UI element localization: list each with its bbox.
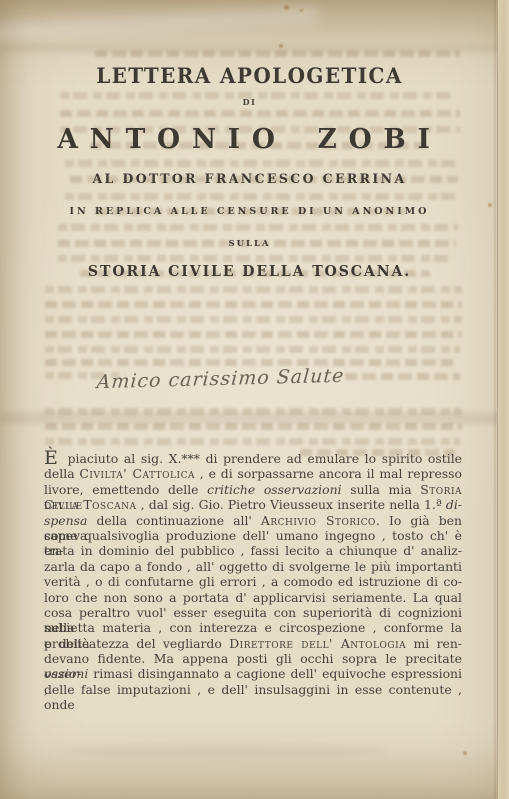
initial-letter: È: [44, 447, 66, 469]
ghost-text-line: [65, 193, 460, 200]
handwritten-salutation: Amico carissimo Salute: [19, 363, 422, 396]
body-line: zarla da capo a fondo , all' oggetto di …: [44, 559, 462, 574]
book-page-scan: LETTERA APOLOGETICA DI ANTONIO ZOBI AL D…: [0, 0, 509, 799]
ghost-text-line: [45, 331, 462, 338]
body-line: come qualsivoglia produzione dell' umano…: [44, 528, 462, 543]
body-line: trata in dominio del pubblico , fassi le…: [44, 543, 462, 558]
body-line: spensa della continuazione all' Archivio…: [44, 513, 462, 528]
foxing-spot: [279, 44, 283, 48]
body-line: loro che non sono a portata d' applicarv…: [44, 590, 462, 605]
ghost-text-line: [65, 160, 460, 167]
ghost-text-line: [60, 110, 460, 117]
body-line: cosa peraltro vuol' esser eseguita con s…: [44, 605, 462, 620]
ghost-text-line: [45, 408, 462, 415]
foxing-spot: [284, 5, 289, 10]
work-title: STORIA CIVILE DELLA TOSCANA.: [34, 262, 465, 280]
body-line: della Civilta' Cattolica , e di sorpassa…: [44, 466, 462, 481]
ghost-text-line: [45, 346, 460, 353]
body-line: vazioni rimasi disingannato a cagione de…: [44, 666, 462, 681]
sulla-label: SULLA: [20, 239, 479, 249]
ghost-text-line: [45, 438, 460, 445]
page-edge-line: [494, 0, 496, 799]
di-label: DI: [20, 97, 479, 107]
body-line: È piaciuto al sig. X.*** di prendere ad …: [44, 451, 462, 466]
ghost-text-line: [45, 301, 462, 308]
ghost-text-line: [45, 316, 462, 323]
body-line: devano fidente. Ma appena posti gli occh…: [44, 651, 462, 666]
body-line: subietta materia , con interezza e circo…: [44, 620, 462, 635]
foxing-spot: [463, 751, 467, 755]
dedication-line: AL DOTTOR FRANCESCO CERRINA: [29, 172, 470, 187]
ghost-text-line: [95, 50, 460, 57]
body-line: verità , o di confutarne gli errori , a …: [44, 574, 462, 589]
body-line: e delicatezza del vegliardo Direttore de…: [44, 636, 462, 651]
body-line: livore, emettendo delle critiche osserva…: [44, 482, 462, 497]
crease-line: [60, 746, 390, 756]
body-text: È piaciuto al sig. X.*** di prendere ad …: [44, 451, 462, 697]
ghost-text-line: [58, 224, 458, 231]
foxing-spot: [300, 9, 303, 12]
foxing-spot: [488, 203, 492, 207]
ghost-text-line: [58, 255, 454, 262]
ghost-text-line: [45, 423, 462, 430]
body-line: delle false imputazioni , e dell' insuls…: [44, 682, 462, 697]
paper-fold-highlight: [0, 5, 318, 40]
page-edge-strip: [497, 0, 509, 799]
author-name: ANTONIO ZOBI: [25, 124, 475, 155]
replica-line: IN REPLICA ALLE CENSURE DI UN ANONIMO: [20, 206, 479, 217]
ghost-text-line: [45, 286, 462, 293]
body-line: della Toscana , dal sig. Gio. Pietro Vie…: [44, 497, 462, 512]
page-title: LETTERA APOLOGETICA: [31, 63, 467, 88]
